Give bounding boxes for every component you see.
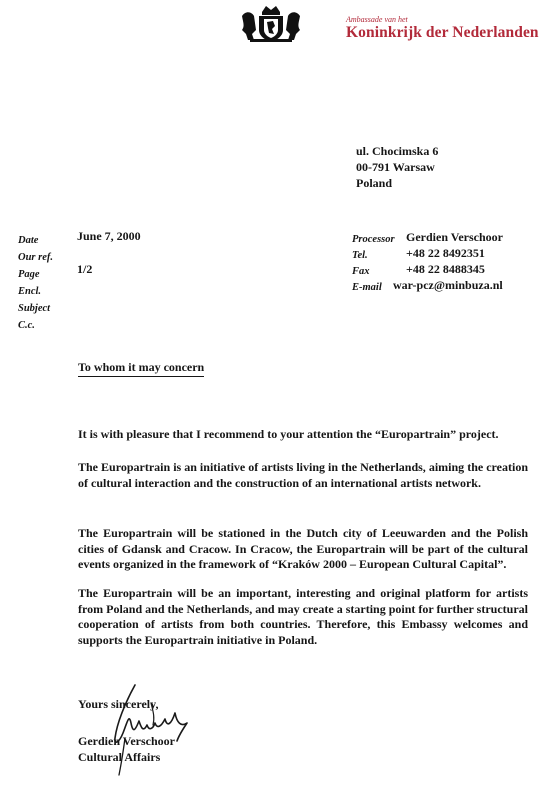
label-fax: Fax [352,264,395,280]
letterhead-subtitle: Ambassade van het [346,15,408,24]
processor-email: war-pcz@minbuza.nl [393,277,503,293]
label-cc: C.c. [18,317,53,334]
label-processor: Processor [352,232,395,248]
paragraph: The Europartrain will be an important, i… [78,586,528,648]
paragraph: The Europartrain will be stationed in th… [78,526,528,573]
label-subject: Subject [18,300,53,317]
signature-icon [95,683,205,778]
sender-address: ul. Chocimska 6 00-791 Warsaw Poland [356,143,438,191]
letterhead-title: Koninkrijk der Nederlanden [346,24,539,42]
processor-labels: Processor Tel. Fax E-mail [352,232,395,296]
letter-date: June 7, 2000 [77,229,141,244]
page-number: 1/2 [77,262,92,277]
processor-values: Gerdien Verschoor +48 22 8492351 +48 22 … [406,229,503,293]
address-line: 00-791 Warsaw [356,159,438,175]
label-our-ref: Our ref. [18,249,53,266]
paragraph: The Europartrain is an initiative of art… [78,460,528,491]
address-line: Poland [356,175,438,191]
paragraph: It is with pleasure that I recommend to … [78,427,528,443]
label-date: Date [18,232,53,249]
processor-fax: +48 22 8488345 [406,261,503,277]
salutation: To whom it may concern [78,360,204,377]
address-line: ul. Chocimska 6 [356,143,438,159]
label-encl: Encl. [18,283,53,300]
coat-of-arms-icon [240,4,302,44]
processor-tel: +48 22 8492351 [406,245,503,261]
meta-labels: Date Our ref. Page Encl. Subject C.c. [18,232,53,334]
label-page: Page [18,266,53,283]
label-email: E-mail [352,280,395,296]
label-tel: Tel. [352,248,395,264]
processor-name: Gerdien Verschoor [406,229,503,245]
